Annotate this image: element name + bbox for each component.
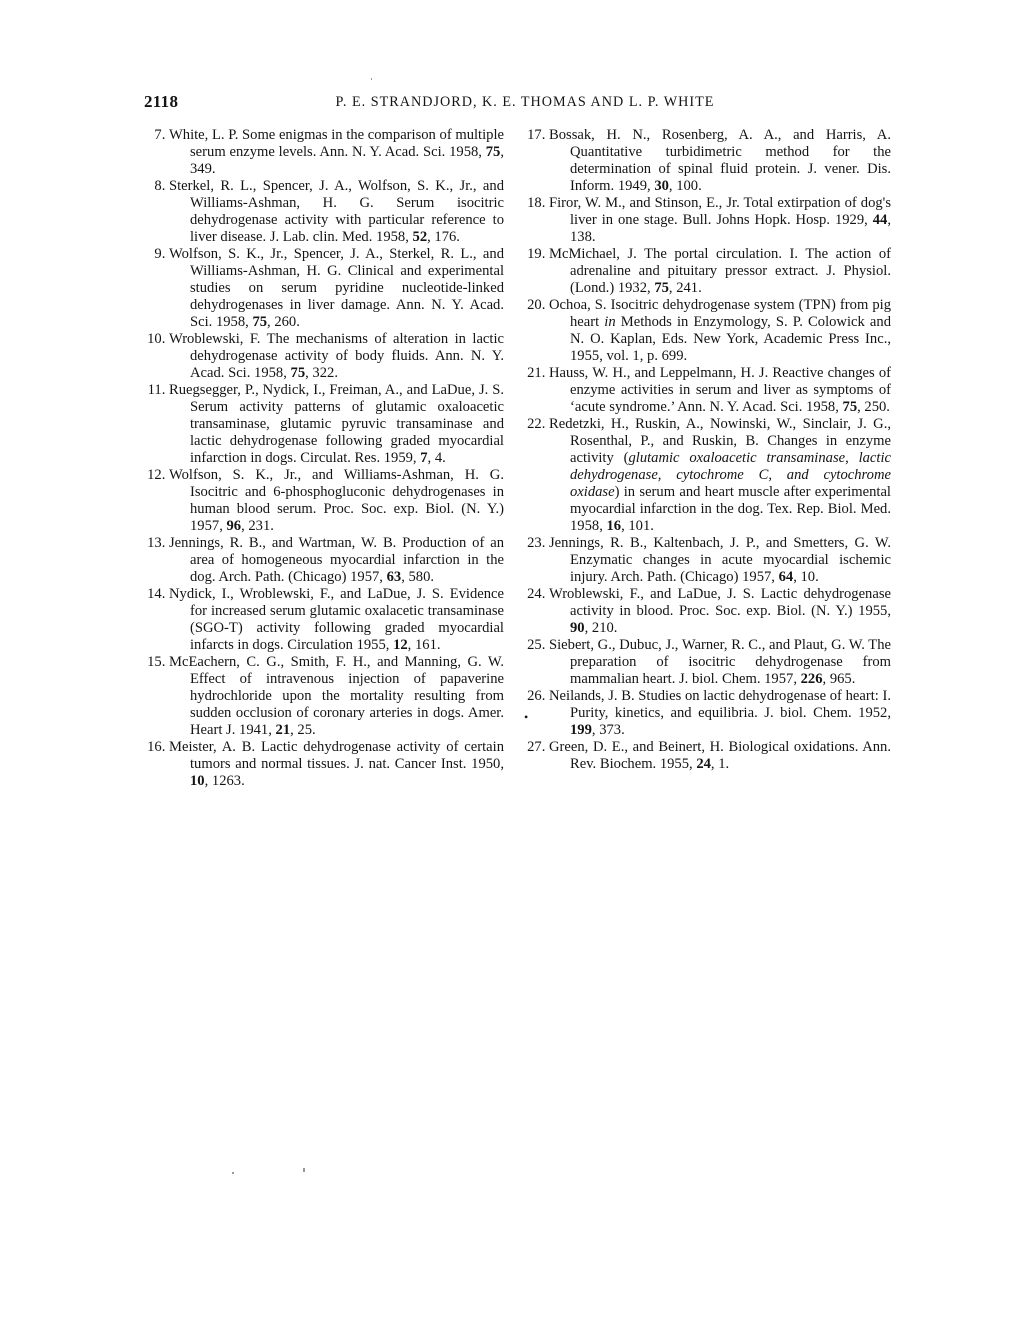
reference-text: Jennings, R. B., and Wartman, W. B. Prod…	[169, 535, 504, 585]
reference-text: , 231.	[241, 518, 274, 534]
reference-text: Ruegsegger, P., Nydick, I., Freiman, A.,…	[169, 382, 504, 466]
reference-text: Wolfson, S. K., Jr., Spencer, J. A., Ste…	[169, 246, 504, 330]
reference-entry: 20. Ochoa, S. Isocitric dehydrogenase sy…	[526, 297, 891, 365]
reference-number: 12.	[146, 467, 169, 484]
reference-number: 8.	[146, 178, 169, 195]
reference-entry: 27. Green, D. E., and Beinert, H. Biolog…	[526, 739, 891, 773]
reference-text: , 100.	[669, 178, 702, 194]
reference-text: , 25.	[290, 722, 316, 738]
reference-entry: 14. Nydick, I., Wroblewski, F., and LaDu…	[146, 586, 504, 654]
reference-entry: 12. Wolfson, S. K., Jr., and Williams-As…	[146, 467, 504, 535]
reference-text: , 101.	[621, 518, 654, 534]
reference-text: 90	[570, 620, 585, 636]
reference-number: 18.	[526, 195, 549, 212]
reference-entry: 23. Jennings, R. B., Kaltenbach, J. P., …	[526, 535, 891, 586]
reference-entry: 9. Wolfson, S. K., Jr., Spencer, J. A., …	[146, 246, 504, 331]
reference-text: 10	[190, 773, 205, 789]
reference-text: , 260.	[267, 314, 300, 330]
reference-entry: 21. Hauss, W. H., and Leppelmann, H. J. …	[526, 365, 891, 416]
reference-text: , 580.	[401, 569, 434, 585]
reference-text: Neilands, J. B. Studies on lactic dehydr…	[549, 688, 891, 721]
reference-text: Methods in Enzymology, S. P. Colowick an…	[570, 314, 891, 364]
reference-text: 30	[654, 178, 669, 194]
reference-text: White, L. P. Some enigmas in the compari…	[169, 127, 504, 160]
reference-number: 11.	[146, 382, 169, 399]
reference-number: 17.	[526, 127, 549, 144]
reference-text: , 161.	[408, 637, 441, 653]
reference-number: 10.	[146, 331, 169, 348]
reference-number: 24.	[526, 586, 549, 603]
reference-entry: 17. Bossak, H. N., Rosenberg, A. A., and…	[526, 127, 891, 195]
scan-speck	[232, 1172, 234, 1174]
reference-text: , 176.	[427, 229, 460, 245]
reference-text: Hauss, W. H., and Leppelmann, H. J. Reac…	[549, 365, 891, 415]
reference-text: 64	[779, 569, 794, 585]
reference-entry: 18. Firor, W. M., and Stinson, E., Jr. T…	[526, 195, 891, 246]
scan-speck	[371, 78, 372, 80]
reference-text: , 10.	[793, 569, 819, 585]
references-left-column: 7. White, L. P. Some enigmas in the comp…	[146, 127, 504, 790]
reference-text: McMichael, J. The portal circulation. I.…	[549, 246, 891, 296]
reference-number: 21.	[526, 365, 549, 382]
reference-number: 14.	[146, 586, 169, 603]
reference-text: , 322.	[305, 365, 338, 381]
reference-text: 16	[606, 518, 621, 534]
reference-entry: 16. Meister, A. B. Lactic dehydrogenase …	[146, 739, 504, 790]
reference-text: 75	[291, 365, 306, 381]
reference-text: 21	[276, 722, 291, 738]
reference-entry: 7. White, L. P. Some enigmas in the comp…	[146, 127, 504, 178]
reference-number: 23.	[526, 535, 549, 552]
references-right-column: 17. Bossak, H. N., Rosenberg, A. A., and…	[526, 127, 891, 773]
reference-text: Meister, A. B. Lactic dehydrogenase acti…	[169, 739, 504, 772]
reference-text: , 241.	[669, 280, 702, 296]
reference-text: , 1.	[711, 756, 729, 772]
reference-number: 15.	[146, 654, 169, 671]
reference-text: , 250.	[857, 399, 890, 415]
reference-text: 75	[654, 280, 669, 296]
reference-entry: 22. Redetzki, H., Ruskin, A., Nowinski, …	[526, 416, 891, 535]
reference-text: 75	[843, 399, 858, 415]
reference-text: , 373.	[592, 722, 625, 738]
reference-text: Wolfson, S. K., Jr., and Williams-Ashman…	[169, 467, 504, 534]
reference-entry: 15. McEachern, C. G., Smith, F. H., and …	[146, 654, 504, 739]
reference-number: 7.	[146, 127, 169, 144]
reference-entry: 10. Wroblewski, F. The mechanisms of alt…	[146, 331, 504, 382]
reference-text: 52	[413, 229, 428, 245]
reference-text: McEachern, C. G., Smith, F. H., and Mann…	[169, 654, 504, 738]
reference-entry: 24. Wroblewski, F., and LaDue, J. S. Lac…	[526, 586, 891, 637]
reference-text: , 210.	[585, 620, 618, 636]
reference-number: 20.	[526, 297, 549, 314]
reference-entry: 26. Neilands, J. B. Studies on lactic de…	[526, 688, 891, 739]
reference-entry: 11. Ruegsegger, P., Nydick, I., Freiman,…	[146, 382, 504, 467]
reference-text: 7	[420, 450, 427, 466]
reference-entry: 8. Sterkel, R. L., Spencer, J. A., Wolfs…	[146, 178, 504, 246]
reference-number: 25.	[526, 637, 549, 654]
reference-text: , 965.	[823, 671, 856, 687]
reference-text: 12	[393, 637, 408, 653]
reference-number: 9.	[146, 246, 169, 263]
reference-text: Bossak, H. N., Rosenberg, A. A., and Har…	[549, 127, 891, 194]
reference-text: Firor, W. M., and Stinson, E., Jr. Total…	[549, 195, 891, 228]
reference-text: 199	[570, 722, 592, 738]
reference-number: 26.	[526, 688, 549, 705]
scan-speck	[303, 1168, 305, 1172]
reference-text: 63	[387, 569, 402, 585]
reference-text: 75	[252, 314, 267, 330]
reference-text: 226	[801, 671, 823, 687]
reference-number: 27.	[526, 739, 549, 756]
reference-number: 19.	[526, 246, 549, 263]
reference-entry: 25. Siebert, G., Dubuc, J., Warner, R. C…	[526, 637, 891, 688]
margin-bullet-mark: •	[524, 710, 528, 725]
reference-text: 96	[226, 518, 241, 534]
reference-number: 16.	[146, 739, 169, 756]
reference-text: Wroblewski, F., and LaDue, J. S. Lactic …	[549, 586, 891, 619]
reference-text: in	[604, 314, 615, 330]
reference-text: , 1263.	[205, 773, 245, 789]
reference-text: 75	[486, 144, 501, 160]
reference-text: Jennings, R. B., Kaltenbach, J. P., and …	[549, 535, 891, 585]
reference-entry: 13. Jennings, R. B., and Wartman, W. B. …	[146, 535, 504, 586]
running-head: P. E. STRANDJORD, K. E. THOMAS AND L. P.…	[0, 94, 1020, 111]
reference-number: 22.	[526, 416, 549, 433]
reference-text: Nydick, I., Wroblewski, F., and LaDue, J…	[169, 586, 504, 653]
reference-text: , 4.	[428, 450, 446, 466]
reference-text: 24	[696, 756, 711, 772]
reference-text: 44	[873, 212, 888, 228]
reference-number: 13.	[146, 535, 169, 552]
reference-entry: 19. McMichael, J. The portal circulation…	[526, 246, 891, 297]
